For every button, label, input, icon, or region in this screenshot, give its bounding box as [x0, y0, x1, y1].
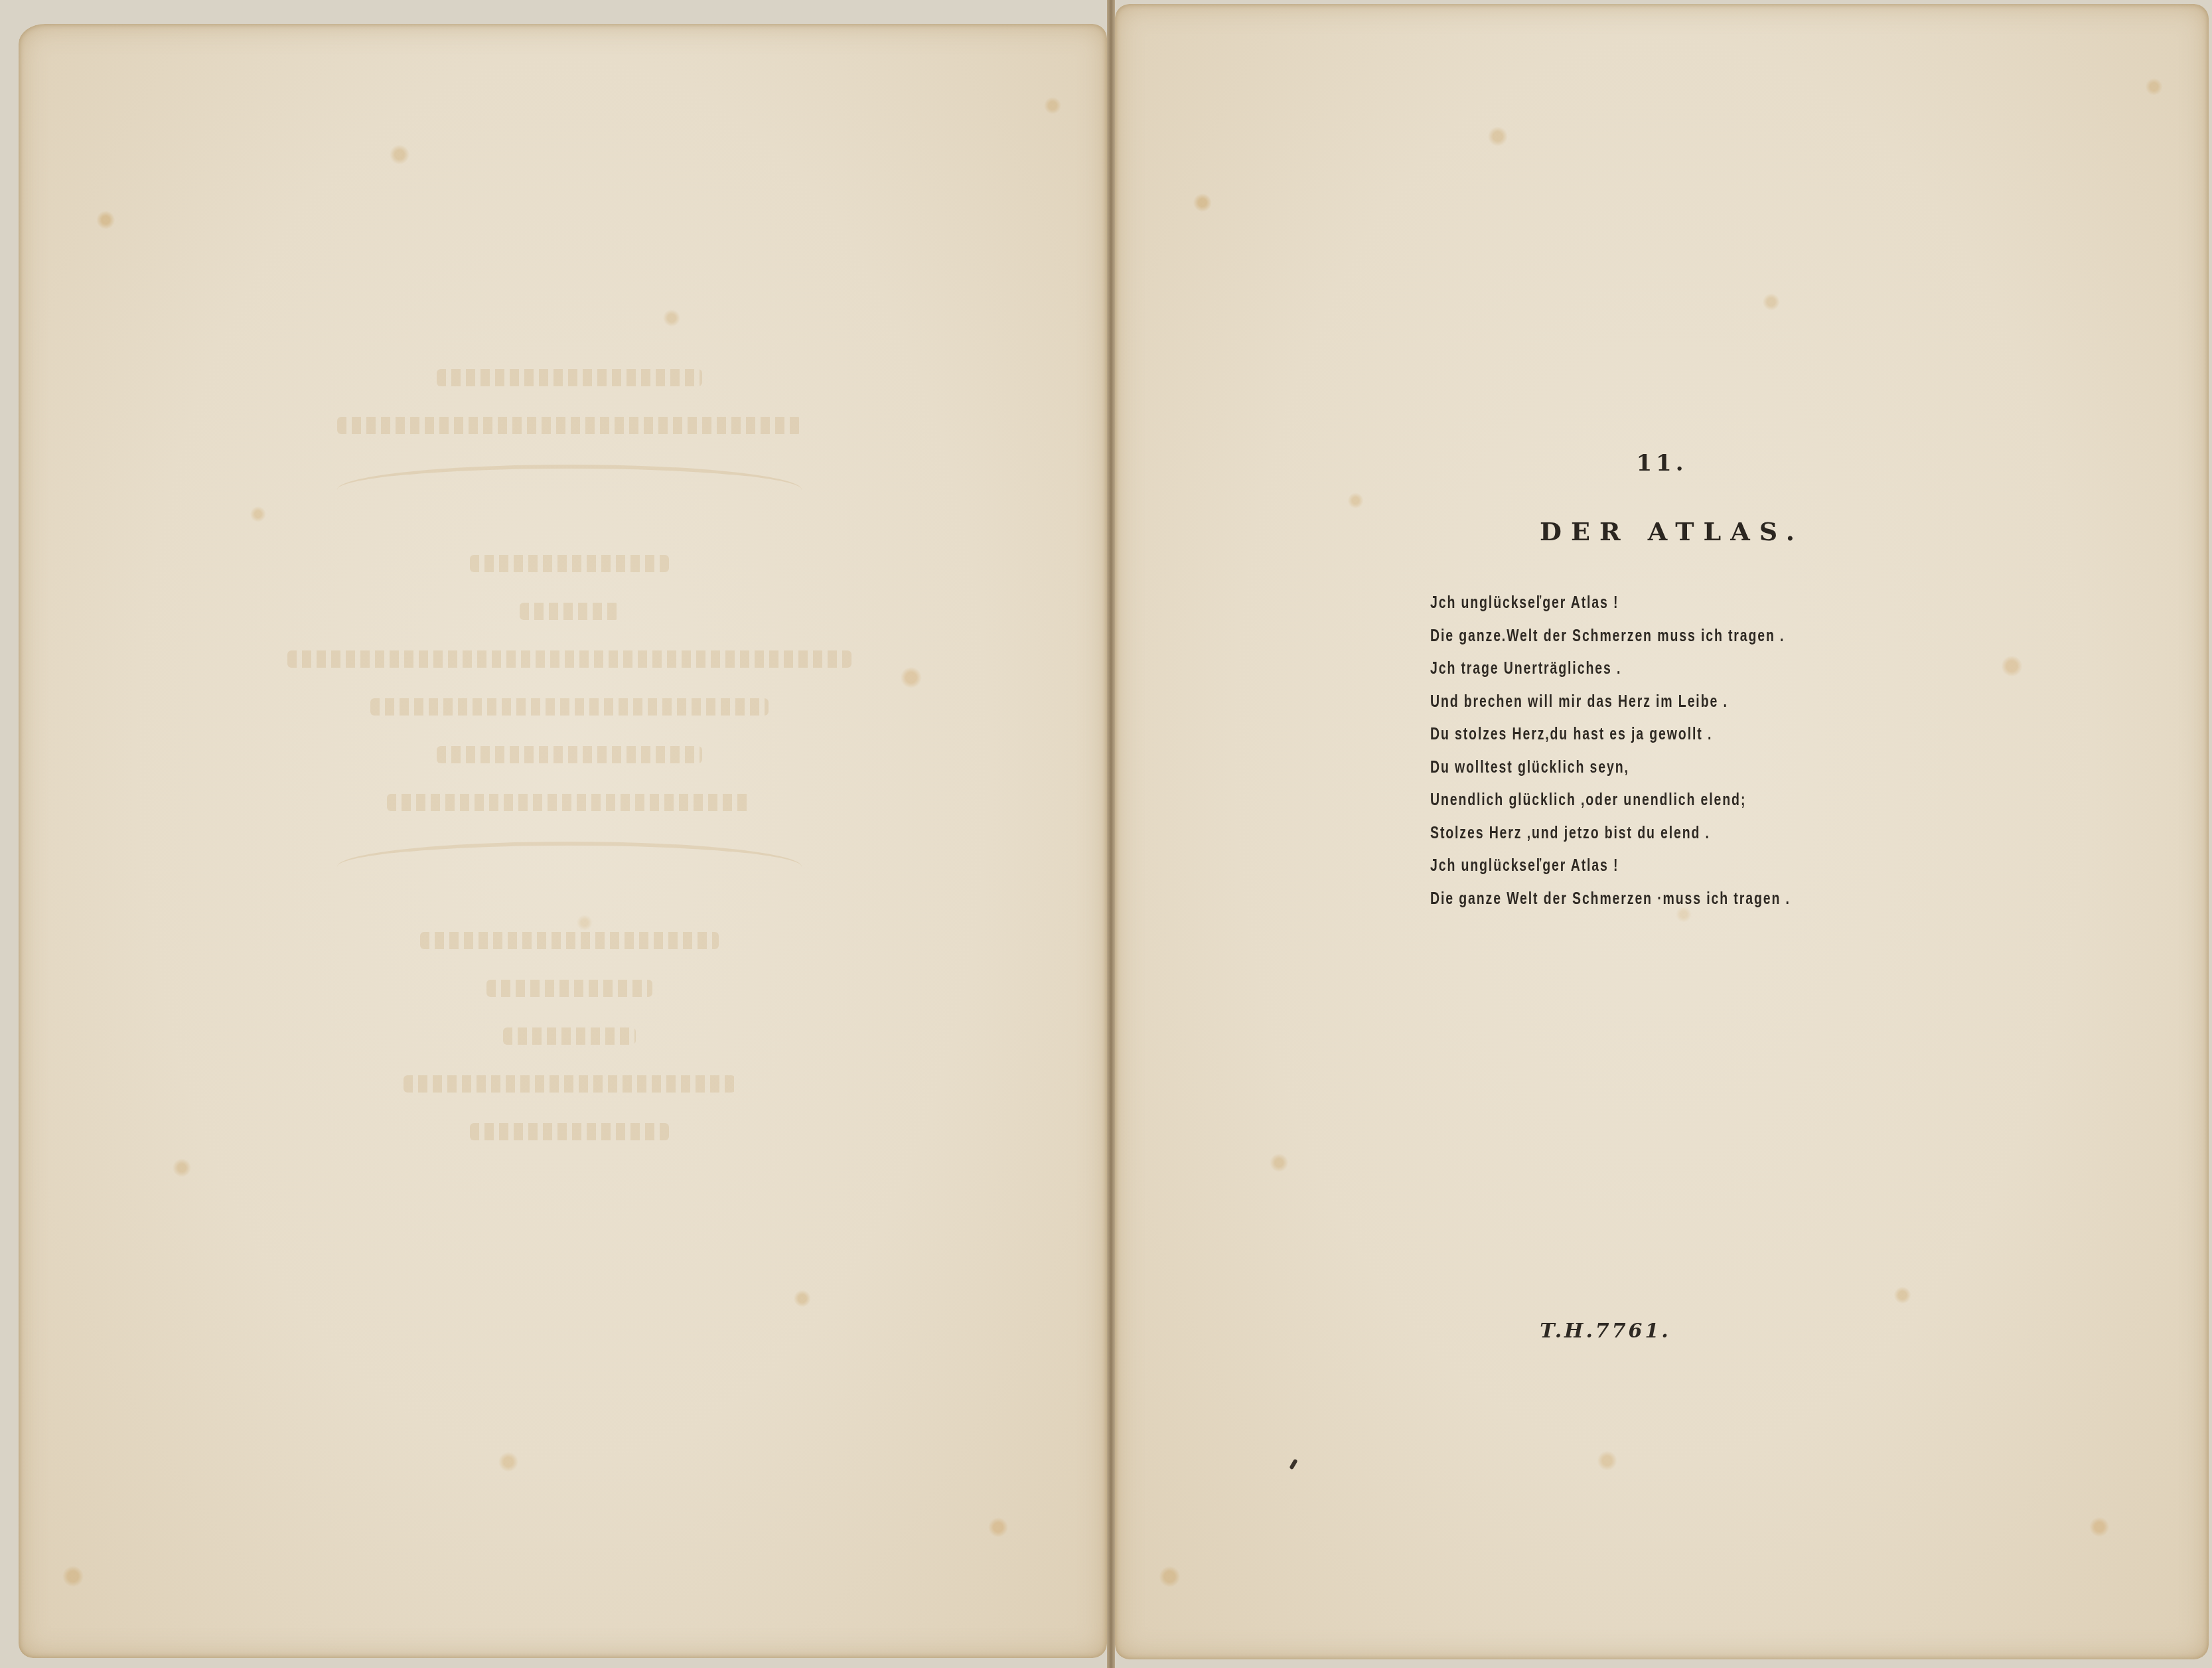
song-number: 11.: [1115, 450, 2209, 477]
book-gutter: [1107, 0, 1115, 1668]
poem-line: Stolzes Herz ,und jetzo bist du elend .: [1430, 817, 1896, 850]
show-through-title: [238, 369, 901, 1431]
poem-line: Jch trage Unerträgliches .: [1430, 652, 1896, 686]
left-page: [19, 24, 1107, 1658]
poem-line: Unendlich glücklich ,oder unendlich elen…: [1430, 784, 1896, 817]
poem-line: Die ganze.Welt der Schmerzen muss ich tr…: [1430, 620, 1896, 653]
song-text-block: 11. DER ATLAS. Jch unglückseľger Atlas !…: [1115, 4, 2209, 1659]
poem-line: Jch unglückseľger Atlas !: [1430, 587, 1896, 620]
right-page: 11. DER ATLAS. Jch unglückseľger Atlas !…: [1115, 4, 2209, 1659]
poem-line: Jch unglückseľger Atlas !: [1430, 850, 1896, 883]
poem-line: Du wolltest glücklich seyn,: [1430, 751, 1896, 785]
ink-mark: [1289, 1459, 1297, 1470]
poem-text: Jch unglückseľger Atlas ! Die ganze.Welt…: [1430, 587, 2028, 915]
poem-line: Die ganze Welt der Schmerzen ·muss ich t…: [1430, 883, 1896, 916]
page-spread: 11. DER ATLAS. Jch unglückseľger Atlas !…: [0, 0, 2212, 1668]
poem-line: Du stolzes Herz,du hast es ja gewollt .: [1430, 718, 1896, 751]
poem-line: Und brechen will mir das Herz im Leibe .: [1430, 686, 1896, 719]
plate-number: T.H.7761.: [1115, 1320, 2209, 1343]
song-title: DER ATLAS.: [1115, 516, 2209, 546]
